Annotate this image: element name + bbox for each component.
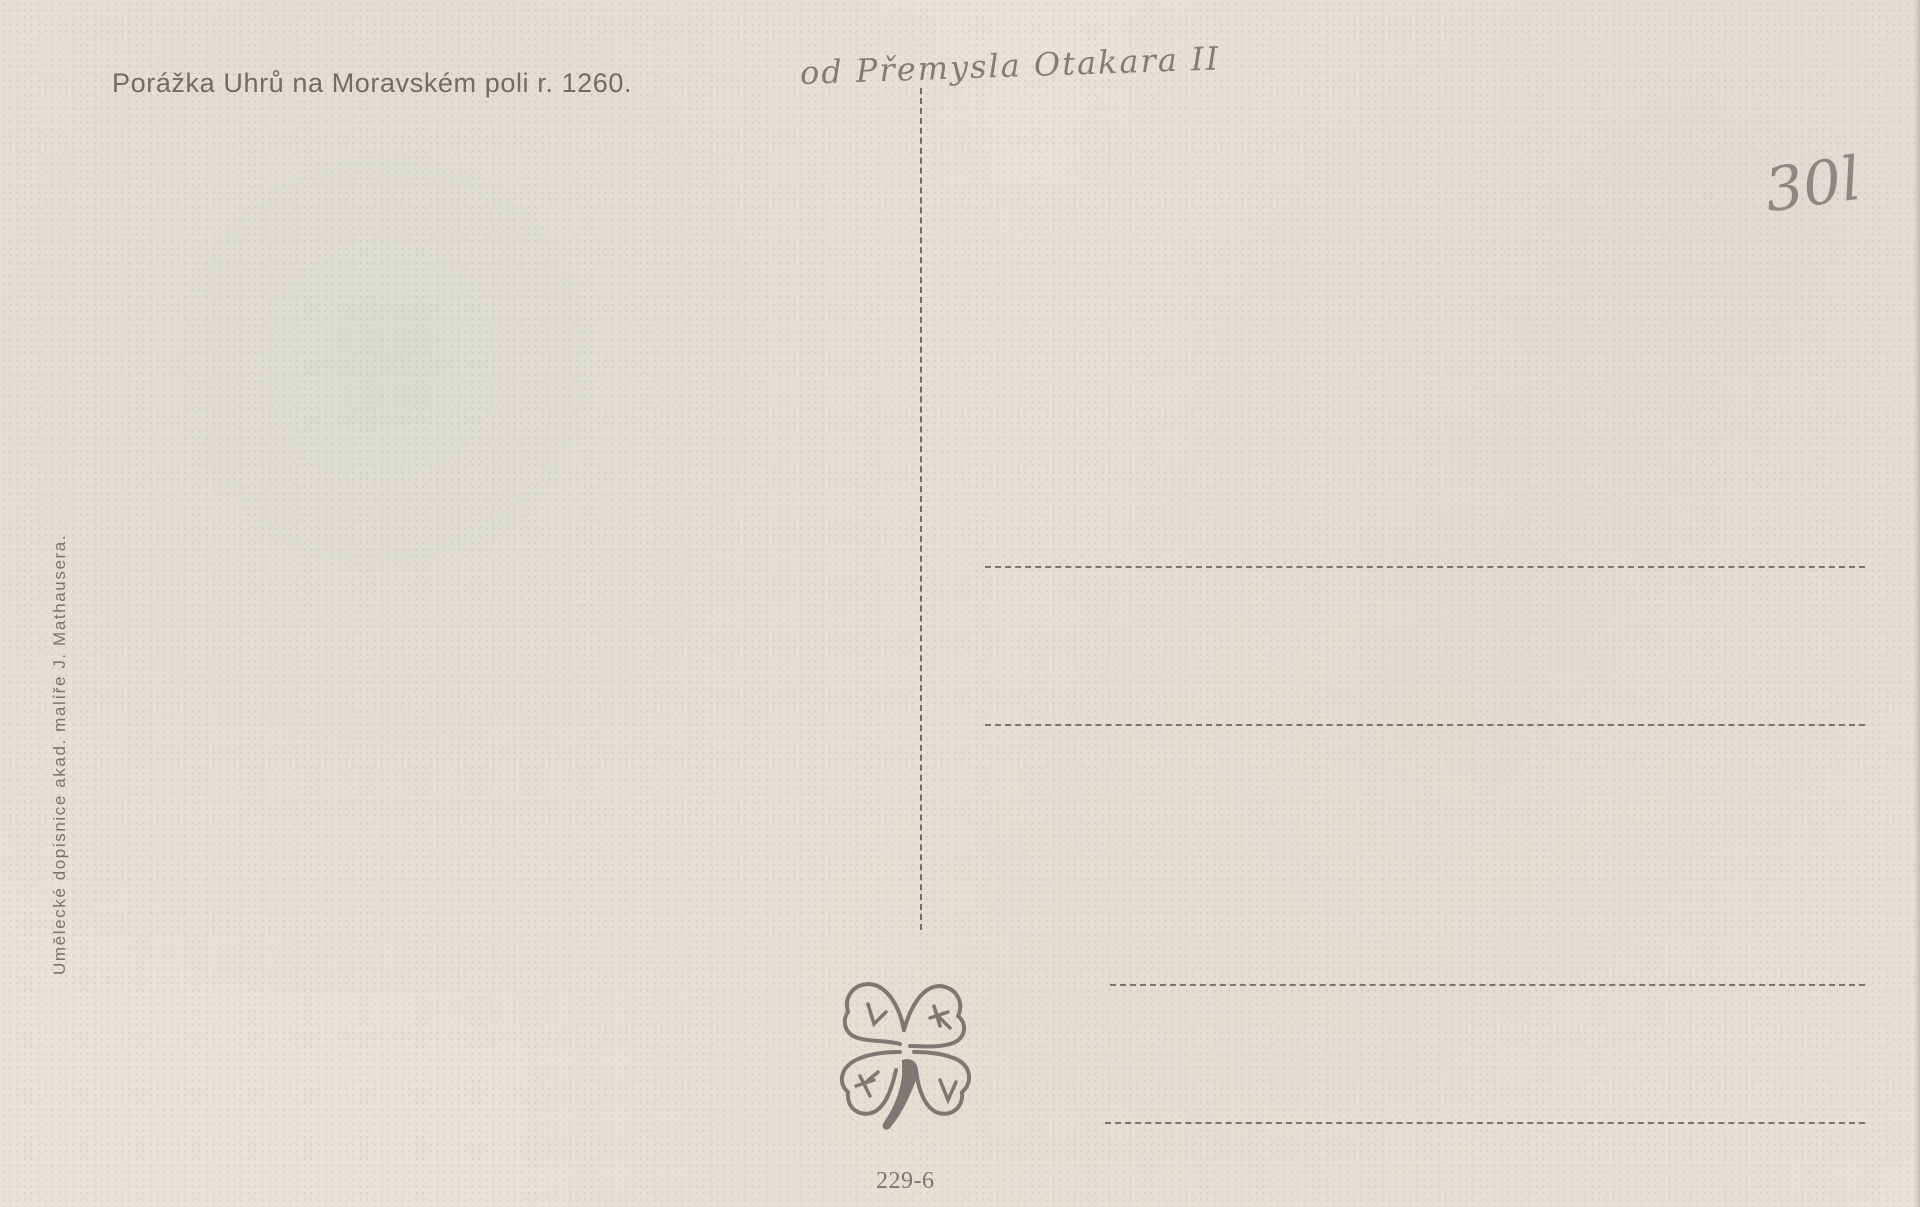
handwritten-annotation: od Přemysla Otakara II xyxy=(799,39,1221,92)
card-edge-shadow xyxy=(1914,0,1920,1207)
address-line-1 xyxy=(985,566,1865,568)
address-line-3 xyxy=(1110,984,1865,986)
four-leaf-clover-icon xyxy=(830,968,985,1148)
publisher-credit: Umělecké dopisnice akad. malíře J. Matha… xyxy=(50,534,70,975)
address-line-4 xyxy=(1105,1122,1865,1124)
pencil-price-mark: 30l xyxy=(1761,144,1865,227)
postcard-title: Porážka Uhrů na Moravském poli r. 1260. xyxy=(112,68,632,99)
address-line-2 xyxy=(985,724,1865,726)
message-address-divider xyxy=(920,88,922,930)
postcard-back: Porážka Uhrů na Moravském poli r. 1260. … xyxy=(0,0,1920,1207)
serial-number: 229-6 xyxy=(876,1168,935,1195)
